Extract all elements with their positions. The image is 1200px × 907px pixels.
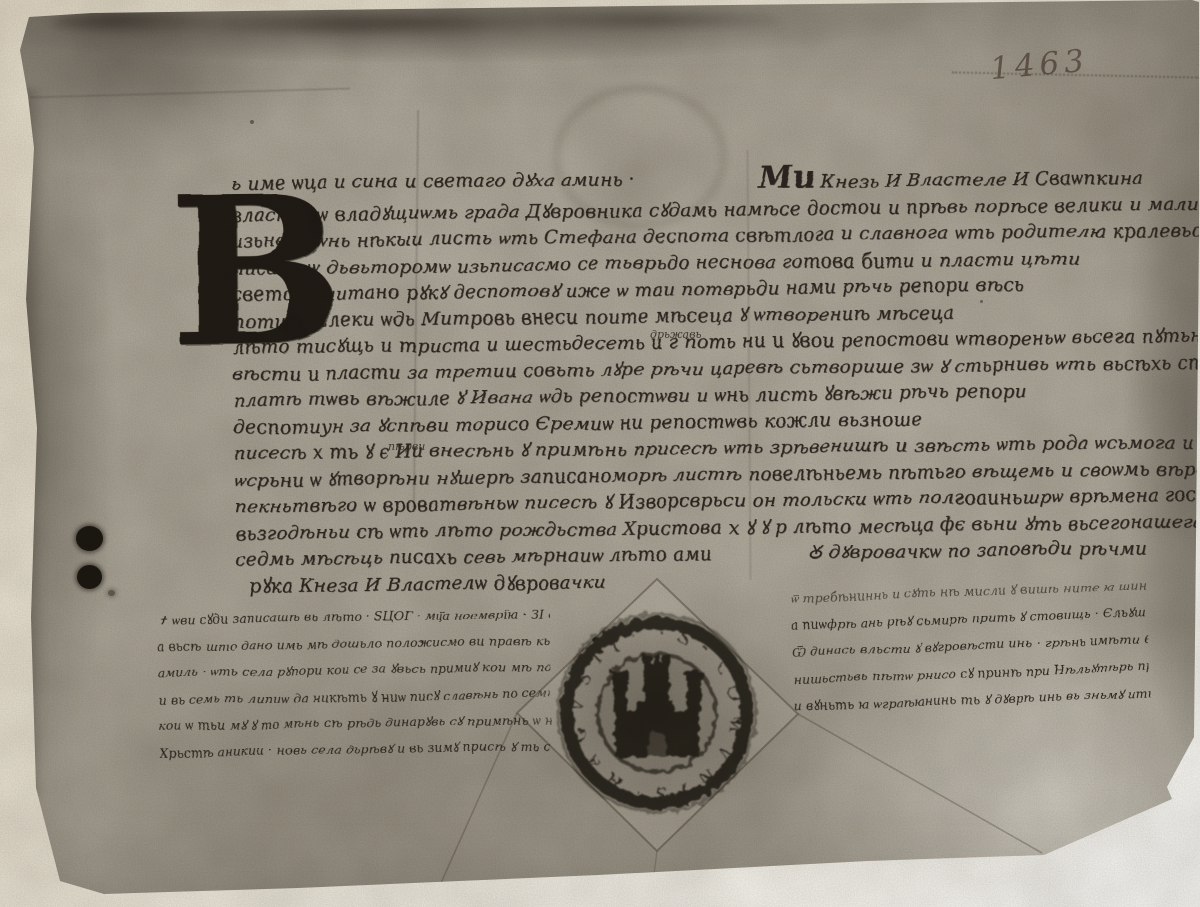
ink-speck — [250, 120, 254, 124]
ink-blot — [77, 565, 102, 589]
notes-left-block: ✝ ѡви сꙋди записашѣ вь лѣто · ЅЦОГ · мц҃… — [157, 601, 552, 767]
notes-right-lines: ѿ требѣниннь и сꙋть нѣ мисли ꙋ вишѣ ните… — [790, 571, 1151, 720]
wax-seal: ·S·COMVNIS·RAGVSII· — [558, 614, 756, 812]
intitulatio-lead: Ми — [758, 159, 816, 196]
superscript-word: пѣрви — [388, 440, 425, 453]
superscript-word: дрьжавь — [650, 328, 701, 341]
top-edge-smudge — [52, 4, 782, 40]
manuscript-paper: 1463 В ь име ѡца и сина и светаго дꙋха а… — [0, 0, 1200, 907]
seal-outer-rim — [558, 614, 756, 812]
seal-ring-inscription: ·S·COMVNIS·RAGVSII· — [565, 621, 749, 804]
photograph-of-charter: 1463 В ь име ѡца и сина и светаго дꙋха а… — [0, 0, 1200, 907]
notes-right-block: ѿ требѣниннь и сꙋть нѣ мисли ꙋ вишѣ ните… — [790, 571, 1151, 720]
left-edge-smudge — [22, 88, 44, 798]
ink-blot — [108, 590, 115, 596]
intitulatio-rest: Кнезь И Властеле И Сваѡпкина — [820, 167, 1143, 192]
main-text-block: В ь име ѡца и сина и светаго дꙋха аминь … — [230, 160, 1147, 600]
seal-inner-circle — [598, 654, 716, 772]
horizontal-crease-line — [30, 88, 350, 99]
closing-place-text: Ꙋ дꙋвровачкѡ по заповѣди рѣчми — [808, 536, 1147, 567]
body-lines: властелѡ владꙋщиѡмь града Дꙋвровника сꙋд… — [231, 192, 1147, 548]
seal-emblem-castle — [611, 655, 703, 757]
ink-blot — [76, 526, 103, 551]
intitulatio-text: МиКнезь И Властеле И Сваѡпкина — [758, 160, 1142, 196]
notes-left-lines: ✝ ѡви сꙋди записашѣ вь лѣто · ЅЦОГ · мц҃… — [157, 601, 552, 767]
seal-ring — [567, 623, 747, 803]
archival-year-note: 1463 — [989, 41, 1112, 87]
drop-initial-letter: В — [168, 174, 344, 371]
